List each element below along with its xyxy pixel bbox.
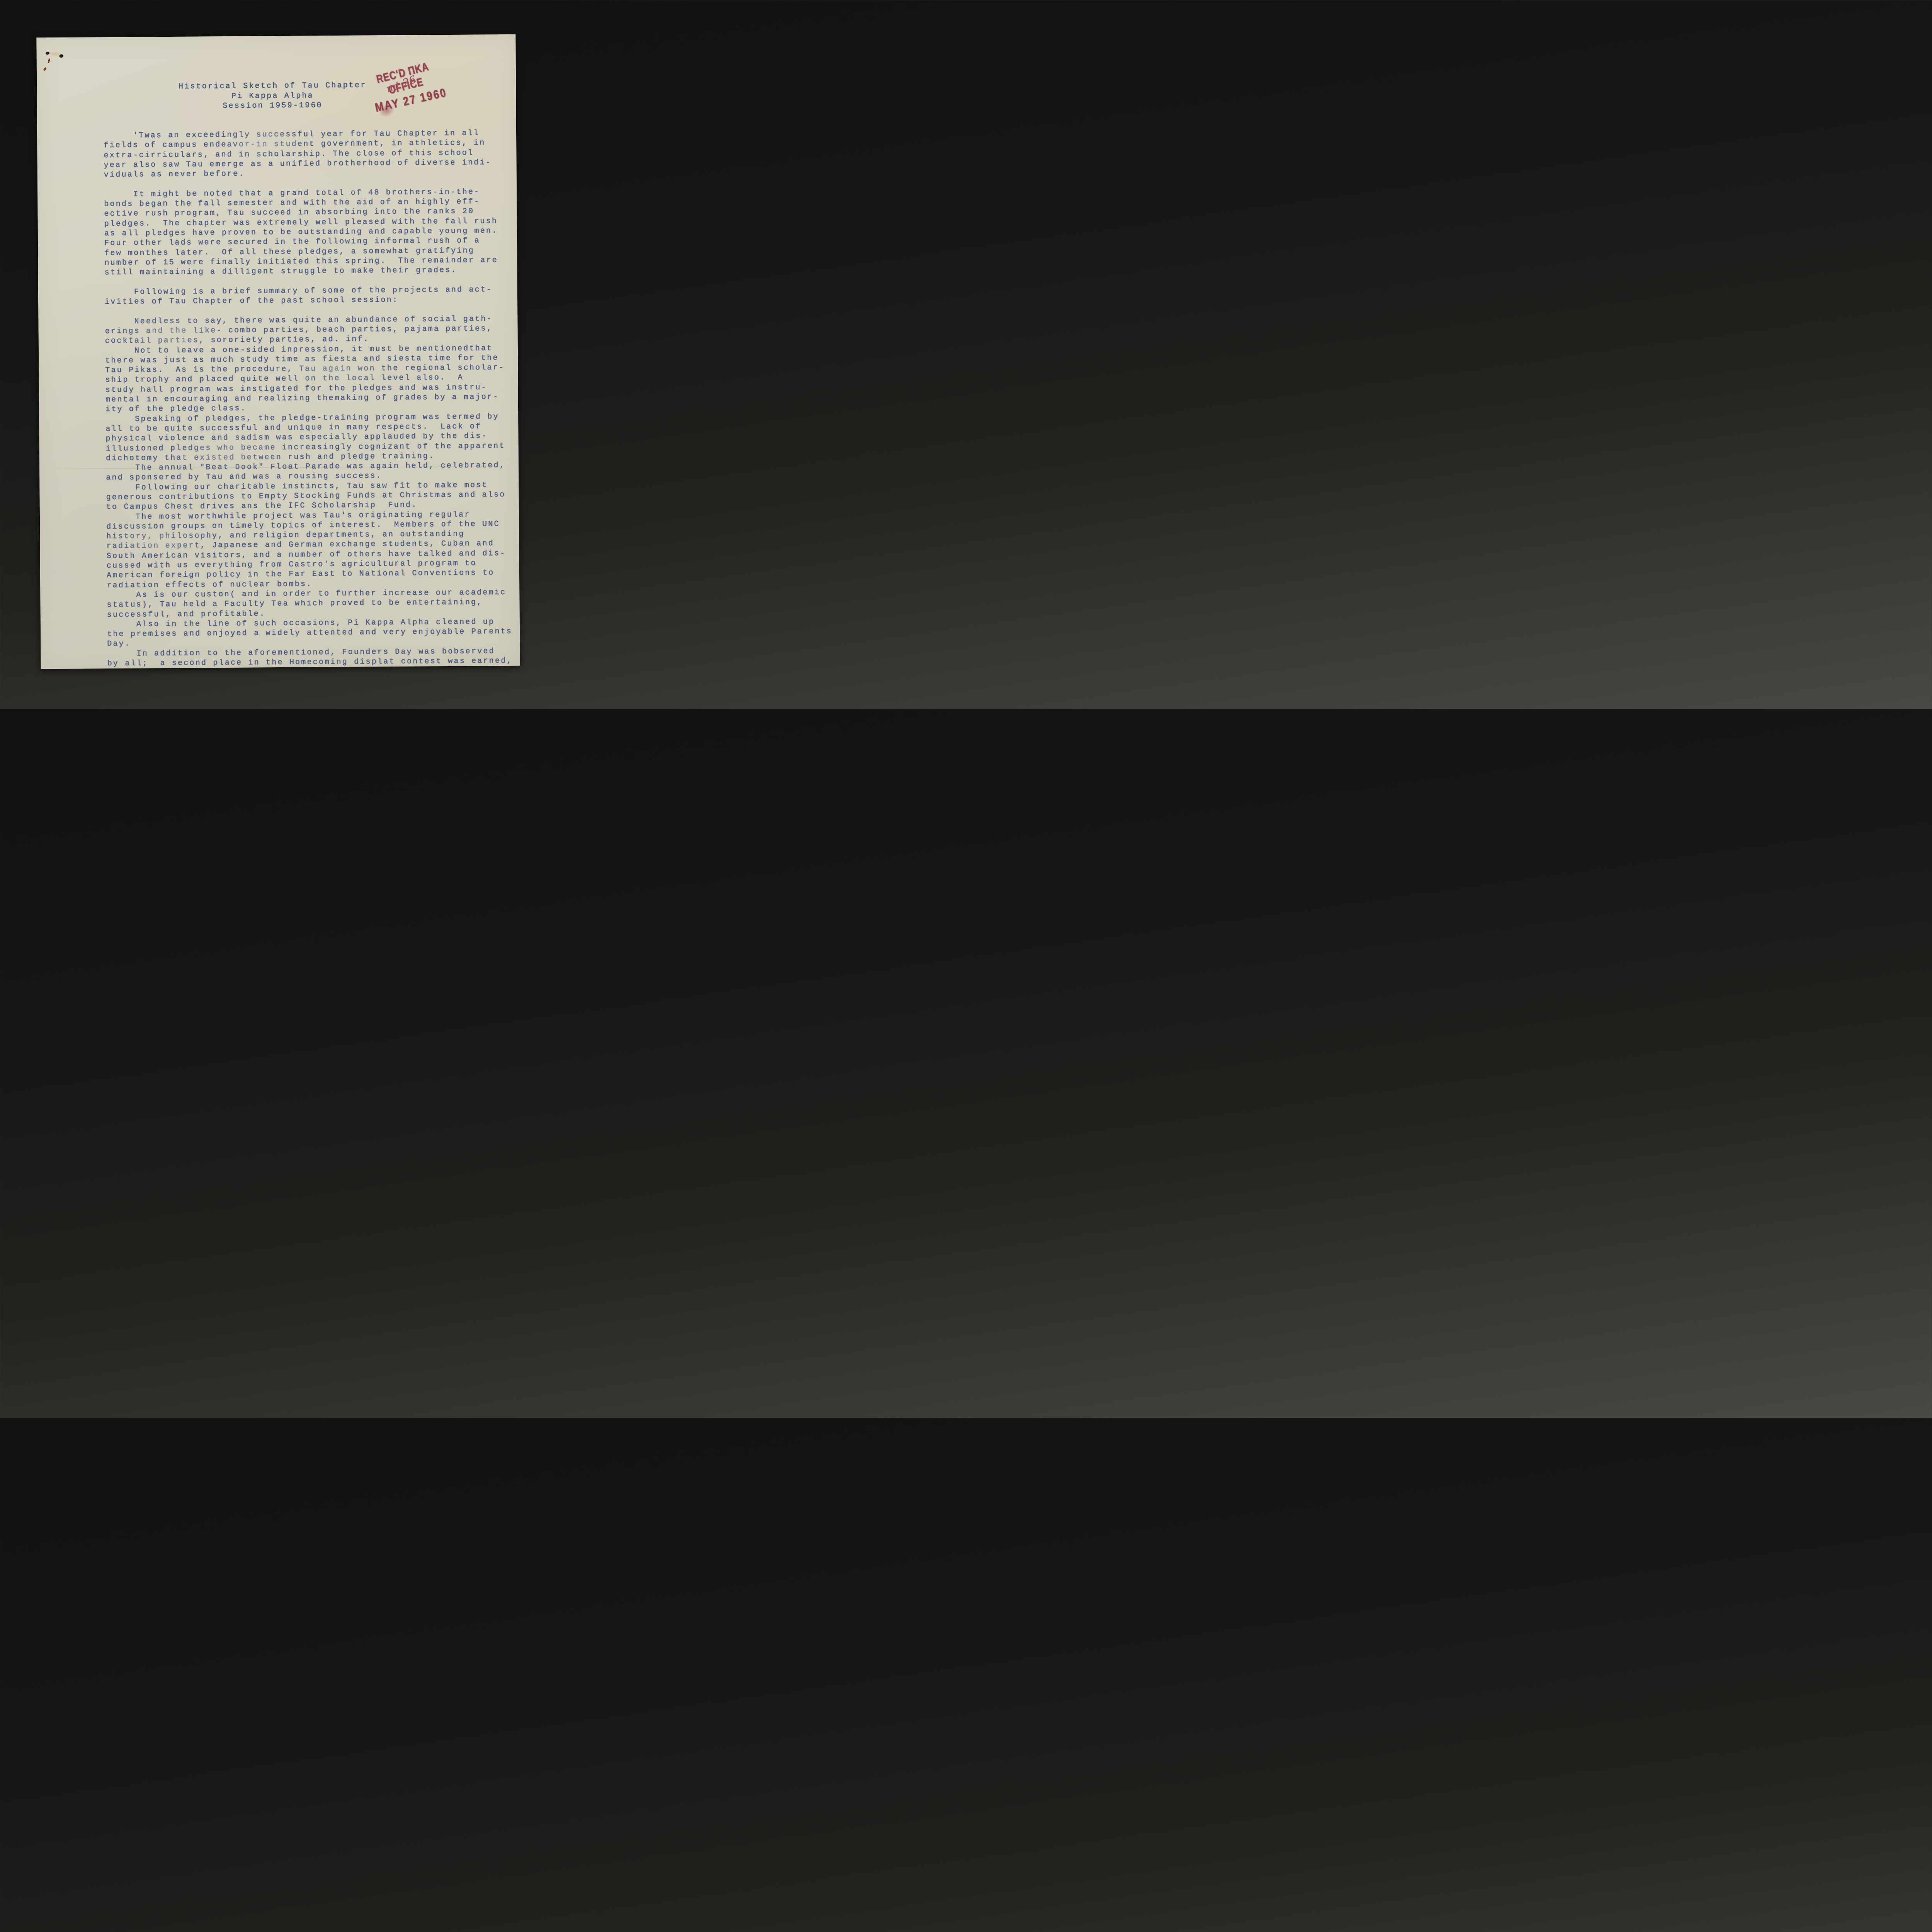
rust-mark xyxy=(43,67,47,71)
page-background: { "scan": { "background_color": "#1a1a18… xyxy=(0,0,560,709)
document-paper: Historical Sketch of Tau Chapter Pi Kapp… xyxy=(36,34,520,669)
document-body-text: 'Twas an exceedingly successful year for… xyxy=(104,128,525,669)
rust-mark xyxy=(48,58,50,63)
staple-hole xyxy=(59,54,64,58)
